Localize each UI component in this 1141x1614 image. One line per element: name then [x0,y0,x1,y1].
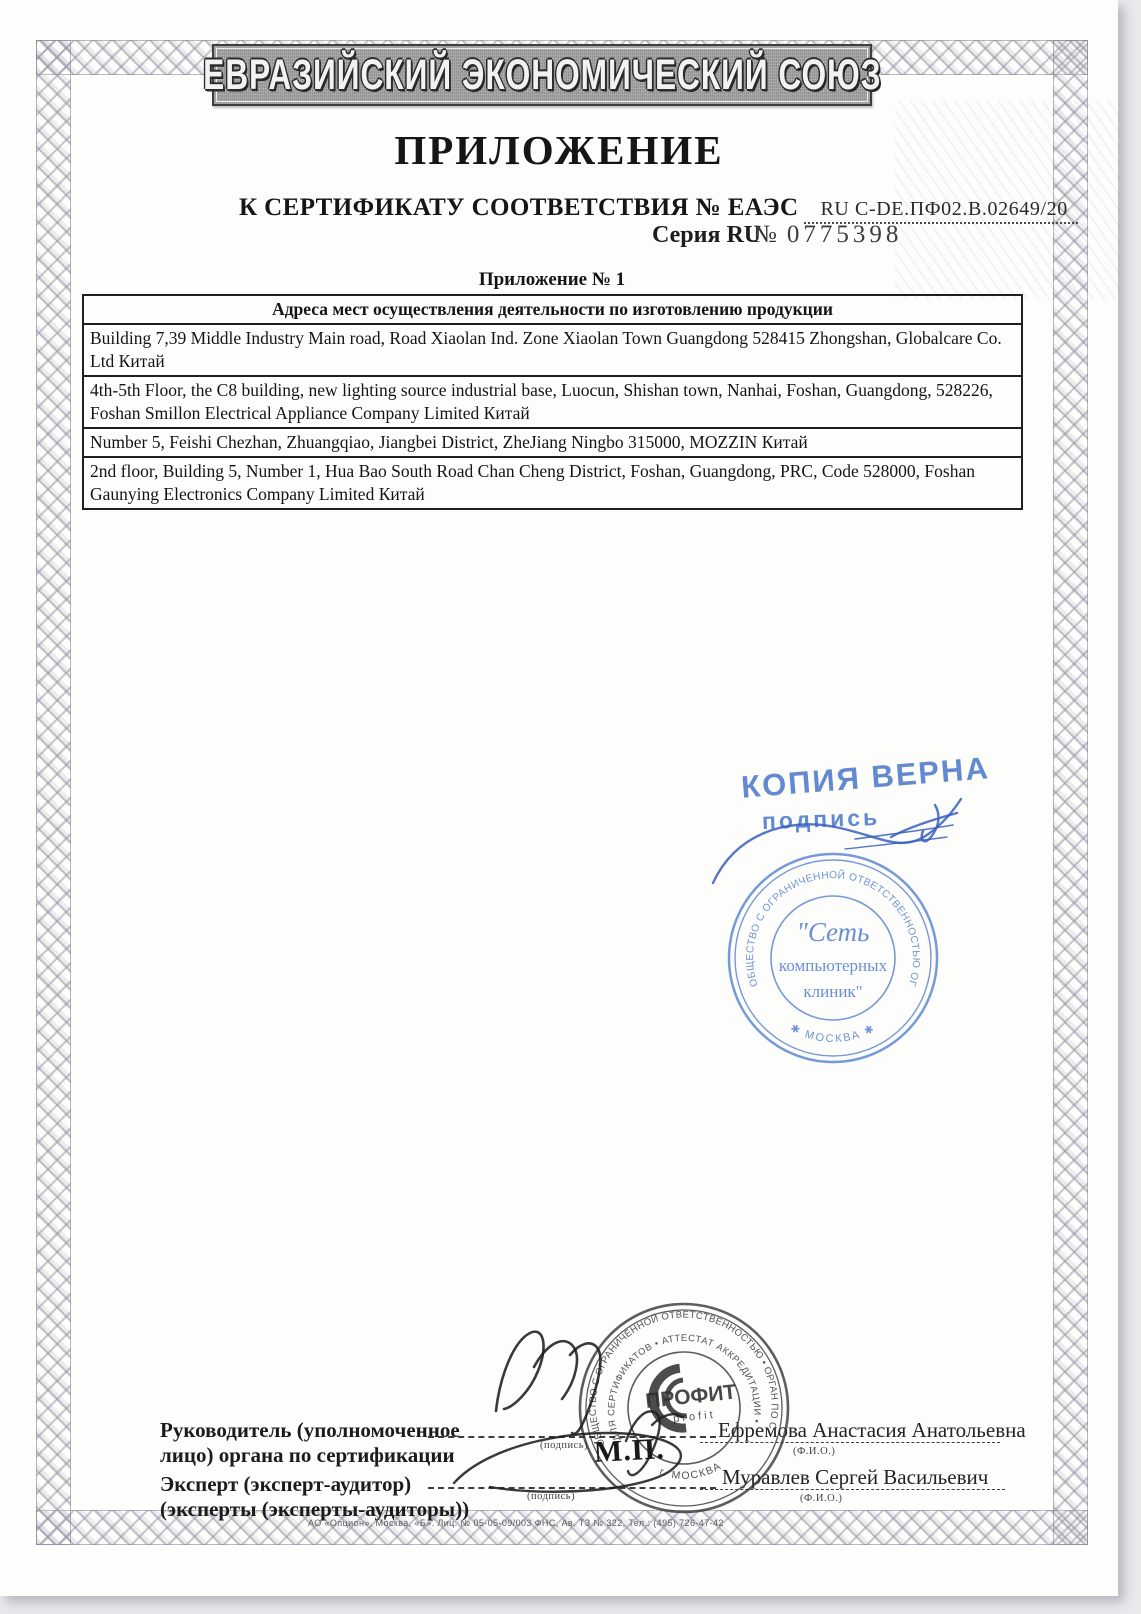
table-header-row: Адреса мест осуществления деятельности п… [83,295,1022,324]
eaeu-banner: ЕВРАЗИЙСКИЙ ЭКОНОМИЧЕСКИЙ СОЮЗ [212,44,872,106]
role-head-line1: Руководитель (уполномоченное [160,1418,460,1443]
certificate-subtitle: К СЕРТИФИКАТУ СООТВЕТСТВИЯ № ЕАЭС [239,194,798,221]
address-cell: Building 7,39 Middle Industry Main road,… [83,324,1022,376]
role-expert-line1: Эксперт (эксперт-аудитор) [160,1472,469,1497]
border-lattice-right [1053,40,1088,1545]
address-cell: Number 5, Feishi Chezhan, Zhuangqiao, Ji… [83,428,1022,457]
stamp-center-line1: "Сеть [797,917,870,947]
address-cell: 2nd floor, Building 5, Number 1, Hua Bao… [83,457,1022,509]
stamp-center-line2: компьютерных [779,956,888,975]
company-round-stamp: ОБЩЕСТВО С ОГРАНИЧЕННОЙ ОТВЕТСТВЕННОСТЬЮ… [695,775,995,1135]
table-row: Number 5, Feishi Chezhan, Zhuangqiao, Ji… [83,428,1022,457]
document-title: ПРИЛОЖЕНИЕ [0,126,1118,174]
eaeu-banner-title: ЕВРАЗИЙСКИЙ ЭКОНОМИЧЕСКИЙ СОЮЗ [203,51,881,100]
number-sign: № [753,221,777,248]
signature-head [496,1332,600,1434]
border-lattice-left [36,40,71,1545]
document-page: ЕВРАЗИЙСКИЙ ЭКОНОМИЧЕСКИЙ СОЮЗ ПРИЛОЖЕНИ… [0,0,1118,1596]
mp-seal-label: М.П. [593,1432,665,1470]
annex-label: Приложение № 1 [0,269,1104,291]
role-expert-label: Эксперт (эксперт-аудитор) (эксперты (экс… [160,1472,469,1522]
addresses-table: Адреса мест осуществления деятельности п… [82,294,1023,510]
scanned-certificate-page: { "banner": { "title": "ЕВРАЗИЙСКИЙ ЭКОН… [0,0,1141,1614]
table-row: Building 7,39 Middle Industry Main road,… [83,324,1022,376]
stamp-city-text: ✱ МОСКВА ✱ [788,1022,878,1045]
address-cell: 4th-5th Floor, the C8 building, new ligh… [83,376,1022,428]
table-row: 4th-5th Floor, the C8 building, new ligh… [83,376,1022,428]
certificate-line: К СЕРТИФИКАТУ СООТВЕТСТВИЯ № ЕАЭСRU C-DE… [239,194,1078,222]
table-header-cell: Адреса мест осуществления деятельности п… [83,295,1022,324]
svg-text:✱ МОСКВА ✱: ✱ МОСКВА ✱ [788,1022,878,1045]
signatures-black [430,1315,730,1510]
role-head-line2: лицо) органа по сертификации [160,1443,460,1468]
series-label: Серия RU [652,222,761,249]
role-head-label: Руководитель (уполномоченное лицо) орган… [160,1418,460,1468]
blank-number-digits: 0775398 [787,221,903,248]
table-row: 2nd floor, Building 5, Number 1, Hua Bao… [83,457,1022,509]
stamp-center-line3: клиник" [803,982,862,1001]
blank-number: №0775398 [753,221,902,249]
